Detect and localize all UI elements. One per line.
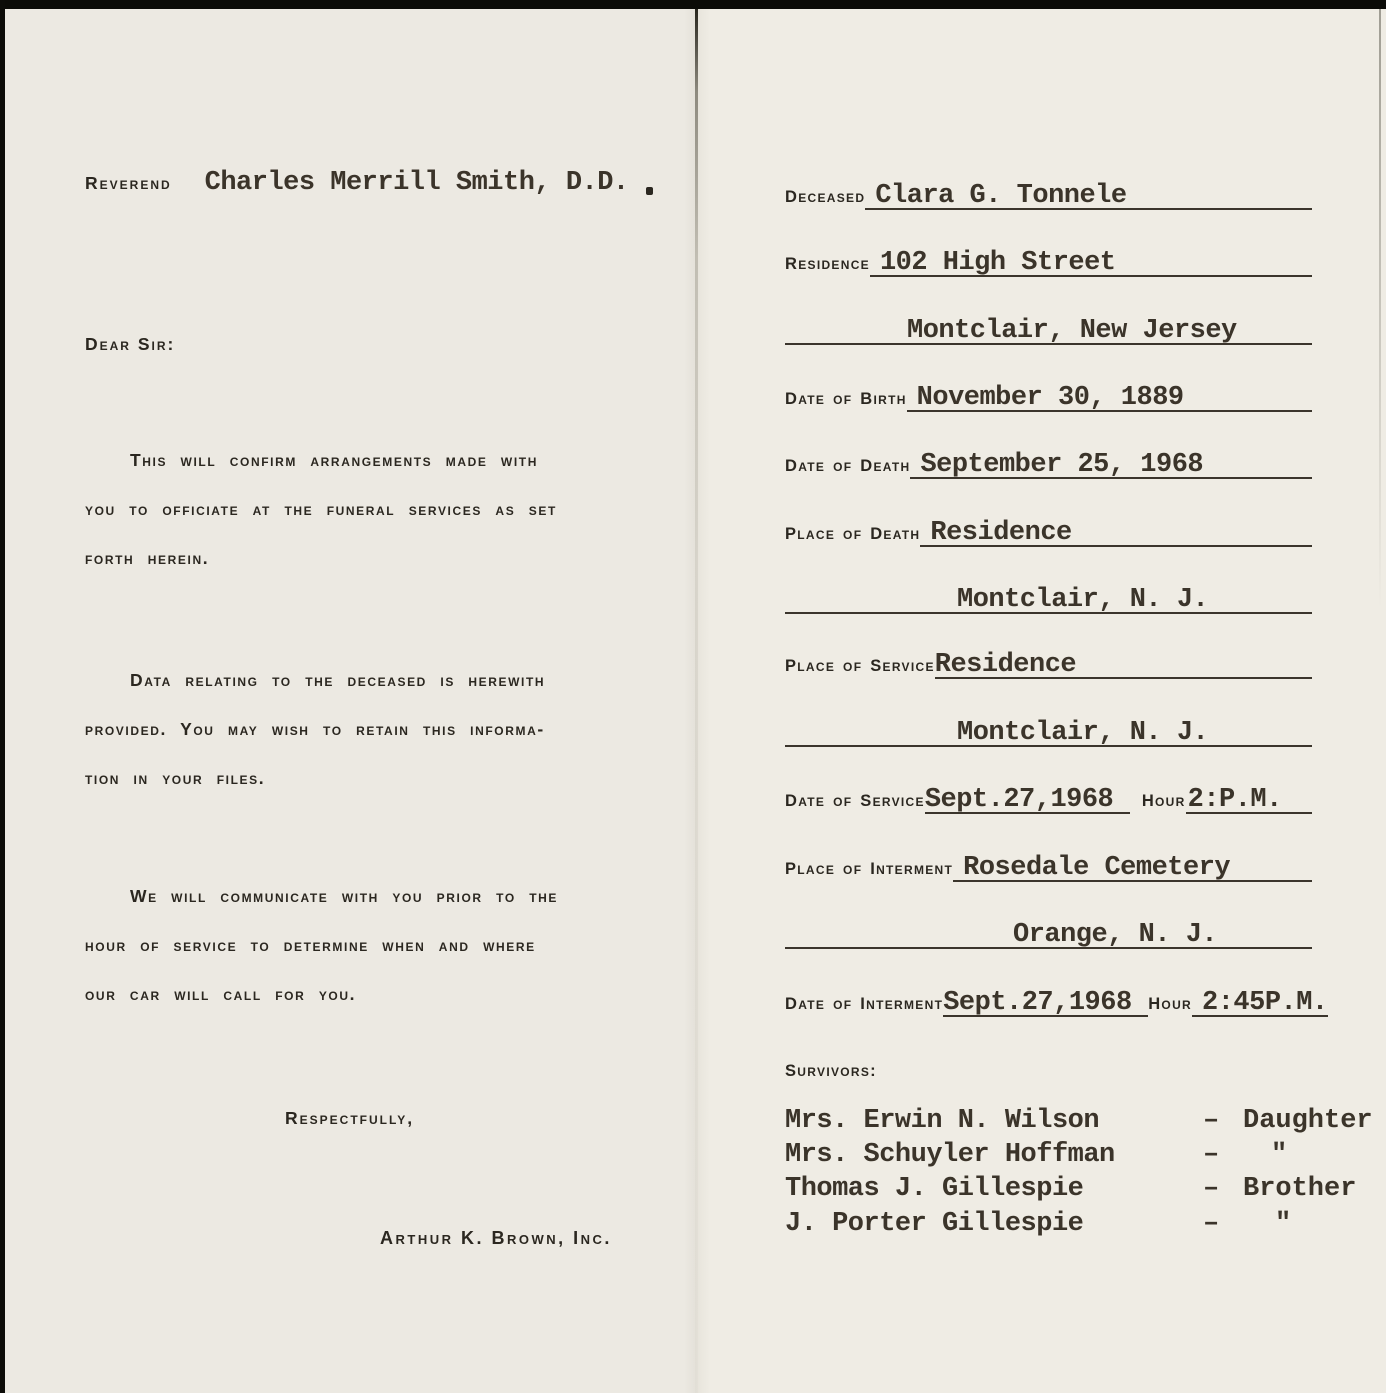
greeting: Dear Sir: bbox=[85, 334, 175, 355]
field-value-hour: 2:P.M. bbox=[1186, 786, 1282, 815]
dash: – bbox=[1203, 1174, 1243, 1204]
paragraph-line: hour of service to determine when and wh… bbox=[85, 921, 667, 970]
field-label: Residence bbox=[785, 255, 870, 277]
scanned-document: Reverend Charles Merrill Smith, D.D. Dea… bbox=[0, 0, 1386, 1393]
paragraph-line: tion in your files. bbox=[85, 754, 667, 803]
paragraph-line: Data relating to the deceased is herewit… bbox=[85, 656, 667, 705]
field-residence-city: Montclair, New Jersey bbox=[785, 305, 1312, 345]
field-value: November 30, 1889 bbox=[907, 384, 1184, 413]
field-value: Clara G. Tonnele bbox=[865, 182, 1126, 211]
survivor-row: Mrs. Schuyler Hoffman – " bbox=[785, 1140, 1365, 1170]
scan-artifact bbox=[0, 22, 4, 44]
letter-paragraph-1: This will confirm arrangements made with… bbox=[85, 436, 667, 583]
field-value: September 25, 1968 bbox=[910, 451, 1203, 480]
survivor-row: Mrs. Erwin N. Wilson – Daughter bbox=[785, 1106, 1365, 1136]
field-underline: Orange, N. J. bbox=[785, 907, 1312, 949]
field-label: Place of Service bbox=[785, 657, 935, 679]
scan-right-edge bbox=[1379, 9, 1381, 609]
scan-left-border bbox=[0, 0, 5, 1393]
field-deceased: Deceased Clara G. Tonnele bbox=[785, 170, 1312, 210]
field-underline: 2:P.M. bbox=[1186, 772, 1312, 814]
field-value: Sept.27,1968 bbox=[925, 786, 1113, 815]
field-underline: Sept.27,1968 bbox=[925, 772, 1130, 814]
field-label-hour: Hour bbox=[1148, 995, 1192, 1017]
fold-line bbox=[695, 9, 698, 1393]
field-underline: 102 High Street bbox=[870, 235, 1312, 277]
letter-paragraph-2: Data relating to the deceased is herewit… bbox=[85, 656, 667, 803]
survivor-relation: " bbox=[1243, 1209, 1291, 1239]
paragraph-line: We will communicate with you prior to th… bbox=[85, 872, 667, 921]
survivor-name: J. Porter Gillespie bbox=[785, 1209, 1203, 1239]
field-underline: Montclair, N. J. bbox=[785, 572, 1312, 614]
scan-top-border bbox=[0, 0, 1386, 9]
field-residence: Residence 102 High Street bbox=[785, 237, 1312, 277]
field-underline: 2:45P.M. bbox=[1192, 975, 1328, 1017]
field-underline: Residence bbox=[920, 505, 1312, 547]
paragraph-line: This will confirm arrangements made with bbox=[85, 436, 667, 485]
paragraph-line: you to officiate at the funeral services… bbox=[85, 485, 667, 534]
field-place-of-service-city: Montclair, N. J. bbox=[785, 707, 1312, 747]
field-value-hour: 2:45P.M. bbox=[1192, 989, 1328, 1018]
letter-paragraph-3: We will communicate with you prior to th… bbox=[85, 872, 667, 1019]
field-date-of-birth: Date of Birth November 30, 1889 bbox=[785, 372, 1312, 412]
field-place-of-death: Place of Death Residence bbox=[785, 507, 1312, 547]
field-place-of-interment: Place of Interment Rosedale Cemetery bbox=[785, 842, 1312, 882]
field-label: Date of Interment bbox=[785, 995, 943, 1017]
field-value: Montclair, N. J. bbox=[785, 719, 1208, 748]
field-underline: Montclair, N. J. bbox=[785, 705, 1312, 747]
closing: Respectfully, bbox=[285, 1108, 414, 1129]
field-place-of-death-city: Montclair, N. J. bbox=[785, 574, 1312, 614]
field-value: Rosedale Cemetery bbox=[953, 854, 1230, 883]
reverend-label: Reverend bbox=[85, 173, 172, 194]
field-value: Orange, N. J. bbox=[785, 921, 1217, 950]
field-label: Date of Death bbox=[785, 457, 910, 479]
ink-speck bbox=[646, 187, 653, 195]
field-date-of-service: Date of Service Sept.27,1968 Hour 2:P.M. bbox=[785, 774, 1312, 814]
field-value: Montclair, New Jersey bbox=[785, 317, 1237, 346]
field-underline: Sept.27,1968 bbox=[943, 975, 1148, 1017]
survivor-relation: " bbox=[1243, 1140, 1287, 1170]
survivor-name: Mrs. Schuyler Hoffman bbox=[785, 1140, 1203, 1170]
field-value: Residence bbox=[920, 519, 1071, 548]
dash: – bbox=[1203, 1106, 1243, 1136]
paragraph-line: provided. You may wish to retain this in… bbox=[85, 705, 667, 754]
field-place-of-interment-city: Orange, N. J. bbox=[785, 909, 1312, 949]
field-label: Deceased bbox=[785, 188, 865, 210]
field-underline: Montclair, New Jersey bbox=[785, 303, 1312, 345]
survivor-relation: Brother bbox=[1243, 1174, 1356, 1204]
survivor-row: J. Porter Gillespie – " bbox=[785, 1209, 1365, 1239]
dash: – bbox=[1203, 1140, 1243, 1170]
survivor-row: Thomas J. Gillespie – Brother bbox=[785, 1174, 1365, 1204]
survivor-name: Thomas J. Gillespie bbox=[785, 1174, 1203, 1204]
field-label: Date of Birth bbox=[785, 390, 907, 412]
survivor-relation: Daughter bbox=[1243, 1106, 1373, 1136]
field-underline: Residence bbox=[935, 637, 1312, 679]
survivor-name: Mrs. Erwin N. Wilson bbox=[785, 1106, 1203, 1136]
field-value: Sept.27,1968 bbox=[943, 989, 1131, 1018]
field-label: Date of Service bbox=[785, 792, 925, 814]
signature: Arthur K. Brown, Inc. bbox=[380, 1228, 612, 1249]
field-underline: Clara G. Tonnele bbox=[865, 168, 1312, 210]
paragraph-line: forth herein. bbox=[85, 534, 667, 583]
field-date-of-death: Date of Death September 25, 1968 bbox=[785, 439, 1312, 479]
field-date-of-interment: Date of Interment Sept.27,1968 Hour 2:45… bbox=[785, 977, 1312, 1017]
reverend-name: Charles Merrill Smith, D.D. bbox=[205, 168, 629, 198]
field-label-hour: Hour bbox=[1130, 792, 1186, 814]
reverend-row: Reverend Charles Merrill Smith, D.D. bbox=[85, 168, 629, 198]
field-underline: September 25, 1968 bbox=[910, 437, 1312, 479]
field-place-of-service: Place of Service Residence bbox=[785, 639, 1312, 679]
dash: – bbox=[1203, 1209, 1243, 1239]
field-underline: Rosedale Cemetery bbox=[953, 840, 1312, 882]
field-value: Residence bbox=[935, 651, 1076, 680]
field-value: 102 High Street bbox=[870, 249, 1116, 278]
field-value: Montclair, N. J. bbox=[785, 586, 1208, 615]
field-label: Place of Interment bbox=[785, 860, 953, 882]
survivors-heading: Survivors: bbox=[785, 1062, 877, 1081]
field-label: Place of Death bbox=[785, 525, 920, 547]
paragraph-line: our car will call for you. bbox=[85, 970, 667, 1019]
field-underline: November 30, 1889 bbox=[907, 370, 1312, 412]
